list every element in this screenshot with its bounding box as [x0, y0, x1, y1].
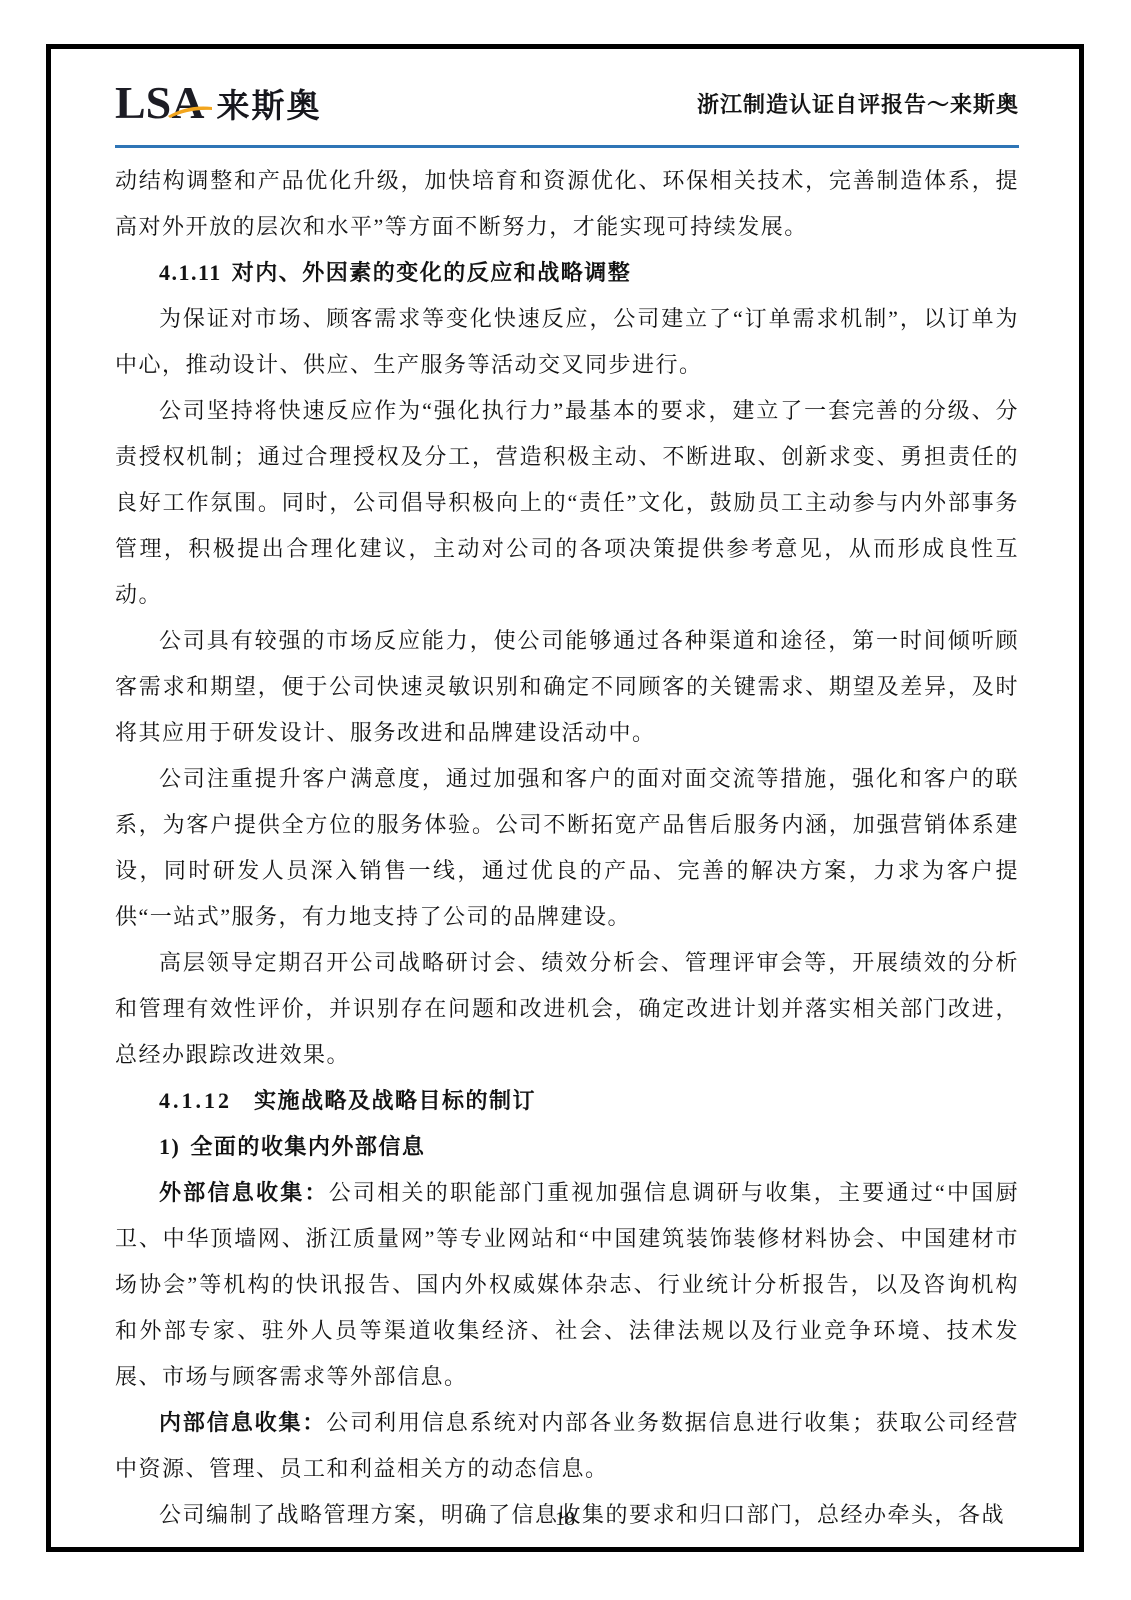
document-body: 动结构调整和产品优化升级，加快培育和资源优化、环保相关技术，完善制造体系，提高对… — [115, 158, 1019, 1538]
body-paragraph: 外部信息收集：公司相关的职能部门重视加强信息调研与收集，主要通过“中国厨卫、中华… — [115, 1170, 1019, 1400]
heading-number: 4.1.11 — [159, 260, 222, 285]
document-page: LSA 来斯奥 浙江制造认证自评报告～来斯奥 动结构调整和产品优化升级，加快培育… — [46, 44, 1084, 1552]
lsa-letters: LSA — [115, 77, 204, 128]
page-footer: 18 — [51, 1508, 1079, 1531]
report-header: LSA 来斯奥 浙江制造认证自评报告～来斯奥 — [115, 77, 1019, 129]
heading-text: 对内、外因素的变化的反应和战略调整 — [232, 260, 632, 285]
body-paragraph: 内部信息收集：公司利用信息系统对内部各业务数据信息进行收集；获取公司经营中资源、… — [115, 1400, 1019, 1492]
document-title: 浙江制造认证自评报告～来斯奥 — [697, 88, 1019, 119]
body-paragraph: 动结构调整和产品优化升级，加快培育和资源优化、环保相关技术，完善制造体系，提高对… — [115, 158, 1019, 250]
section-heading-4-1-12: 4.1.12实施战略及战略目标的制订 — [115, 1078, 1019, 1124]
body-paragraph: 高层领导定期召开公司战略研讨会、绩效分析会、管理评审会等，开展绩效的分析和管理有… — [115, 940, 1019, 1078]
heading-number: 1) — [159, 1134, 180, 1159]
brand-logo: LSA 来斯奥 — [115, 80, 321, 127]
subsection-heading-1: 1)全面的收集内外部信息 — [115, 1124, 1019, 1170]
body-paragraph: 为保证对市场、顾客需求等变化快速反应，公司建立了“订单需求机制”，以订单为中心，… — [115, 296, 1019, 388]
heading-text: 实施战略及战略目标的制订 — [254, 1088, 536, 1113]
section-heading-4-1-11: 4.1.11对内、外因素的变化的反应和战略调整 — [115, 250, 1019, 296]
body-paragraph: 公司具有较强的市场反应能力，使公司能够通过各种渠道和途径，第一时间倾听顾客需求和… — [115, 618, 1019, 756]
logo-company-name: 来斯奥 — [216, 80, 321, 127]
paragraph-lead-label: 外部信息收集： — [159, 1180, 329, 1205]
paragraph-lead-label: 内部信息收集： — [159, 1410, 326, 1435]
header-divider — [115, 145, 1019, 148]
heading-text: 全面的收集内外部信息 — [190, 1134, 425, 1159]
heading-number: 4.1.12 — [159, 1088, 232, 1113]
body-paragraph: 公司注重提升客户满意度，通过加强和客户的面对面交流等措施，强化和客户的联系，为客… — [115, 756, 1019, 940]
body-paragraph: 公司坚持将快速反应作为“强化执行力”最基本的要求，建立了一套完善的分级、分责授权… — [115, 388, 1019, 618]
lsa-logo-text: LSA — [115, 80, 204, 126]
page-number: 18 — [555, 1508, 575, 1530]
paragraph-text: 公司相关的职能部门重视加强信息调研与收集，主要通过“中国厨卫、中华顶墙网、浙江质… — [115, 1180, 1019, 1389]
